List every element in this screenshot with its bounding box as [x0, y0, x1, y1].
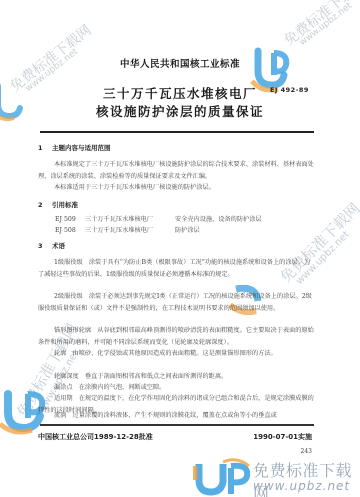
- section-title: 术语: [52, 242, 65, 250]
- approval-info: 中国核工业总公司1989-12-28批准: [38, 432, 153, 442]
- term-definition: 流淌 过量涂覆的涂料液体，产生不规则的涂膜花纹，覆盖在点或角等小的垂直或: [38, 410, 316, 421]
- section-2-heading: 2引用标准: [38, 200, 78, 209]
- section-1-heading: 1主题内容与适用范围: [38, 143, 111, 152]
- section-number: 2: [38, 201, 52, 209]
- footer-divider: [40, 424, 314, 426]
- standard-code: EJ 492-89: [270, 86, 309, 94]
- term-definition: 锚形图形轮廓 从谷底到相邻最高峰顶测得的喷砂清洗的表面粗糙度。它主要取决于表面的…: [38, 325, 316, 348]
- reference-code: EJ 509: [55, 216, 85, 223]
- header-divider: [40, 131, 314, 133]
- section-number: 1: [38, 144, 52, 152]
- section-3-heading: 3术语: [38, 241, 65, 250]
- effective-date: 1990-07-01实施: [253, 432, 312, 442]
- section-1-paragraph: 本标准适用于三十万千瓦压水堆核电厂核设施的防护涂层。: [38, 182, 316, 194]
- reference-item: EJ 509三十万千瓦压水堆核电厂安全壳内设施、设备的防护涂层: [55, 214, 262, 223]
- reference-title: 三十万千瓦压水堆核电厂: [85, 214, 175, 223]
- up-logo-icon: [193, 458, 251, 497]
- term-definition: 漏涂点 在涂膜内的气泡、间断或空隙。: [38, 382, 316, 394]
- section-title: 引用标准: [52, 201, 78, 209]
- term-definition: 轮廓深度 垂直于剖面图相邻高和低点之间表面所测得的距离。: [38, 371, 316, 383]
- reference-title: 三十万千瓦压水堆核电厂: [85, 225, 175, 234]
- section-title: 主题内容与适用范围: [52, 144, 111, 152]
- site-brand-watermark: 免费标准下载网 www.upbz.net: [193, 458, 360, 497]
- watermark-site-url: www.upbz.net: [298, 1, 354, 48]
- document-title-line2: 核设施防护涂层的质量保证: [0, 102, 360, 120]
- page-number: 243: [301, 448, 312, 455]
- brand-site-url: www.upbz.net: [253, 479, 350, 493]
- reference-item: EJ 508三十万千瓦压水堆核电厂防护涂层: [55, 225, 200, 234]
- section-number: 3: [38, 242, 52, 250]
- section-1-paragraph: 本标准规定了三十万千瓦压水堆核电厂核设施防护涂层的综合技术要求、涂装材料、基材表…: [38, 159, 316, 182]
- reference-desc: 防护涂层: [175, 227, 200, 234]
- term-definition: 轮廓 由喷砂、化学侵蚀或其他原因造成的表面粗糙。这是测量锚形图形的方法。: [38, 348, 316, 360]
- standard-organization: 中华人民共和国核工业标准: [0, 56, 360, 70]
- term-definition: 2级服役级 涂装于必须达到事先规定Ⅰ类（正常运行）工况的核设施系统和设备上的涂层…: [38, 291, 316, 314]
- term-definition: 1级服役级 涂装于具有“为防止B类（极限事故）工况”功能的核设施系统和设备上的涂…: [38, 257, 316, 280]
- document-page: 免费标准下载网 www.upbz.net 免费标准下载网 www.upbz.ne…: [0, 0, 360, 497]
- reference-desc: 安全壳内设施、设备的防护涂层: [175, 216, 262, 223]
- reference-code: EJ 508: [55, 227, 85, 234]
- watermark-site-name: 免费标准下载网: [280, 0, 360, 50]
